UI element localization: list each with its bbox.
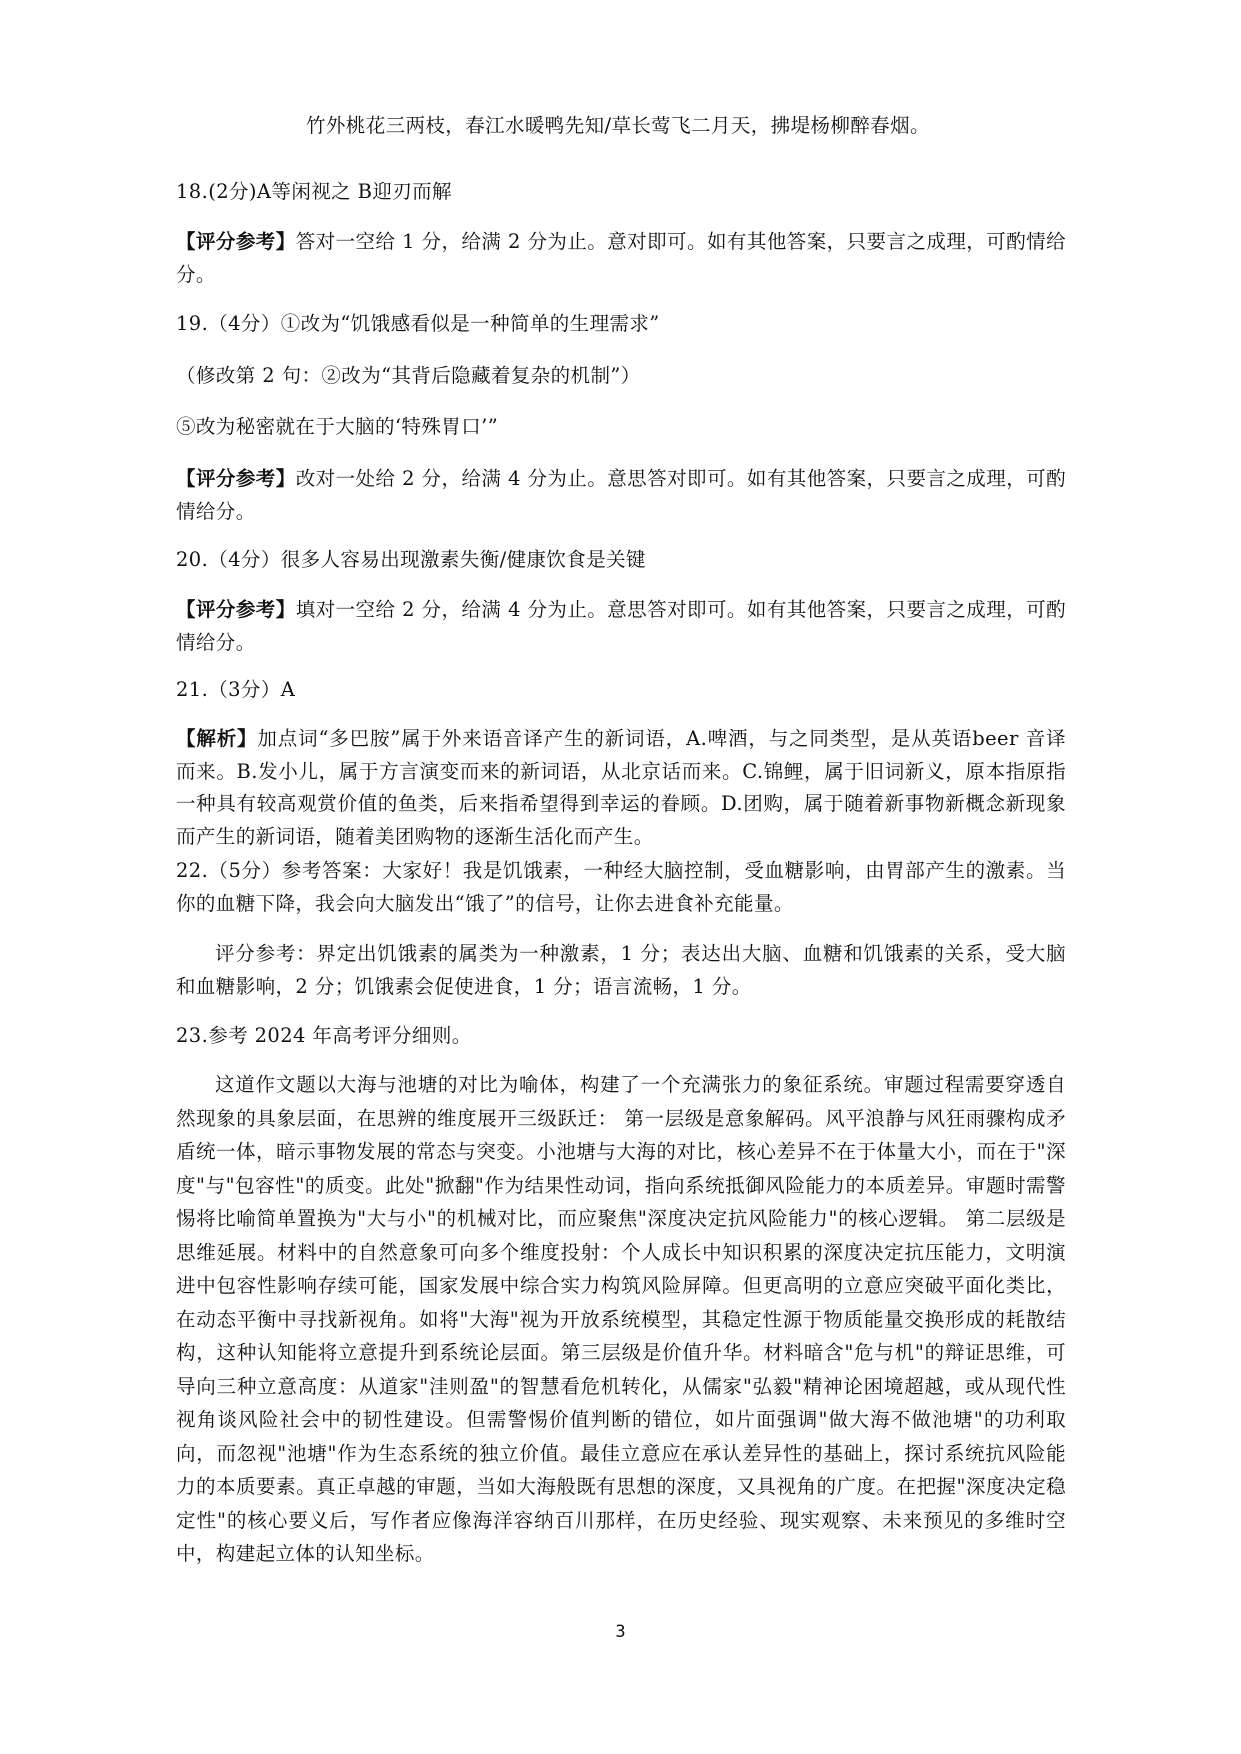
analysis-text: 加点词“多巴胺”属于外来语音译产生的新词语，A.啤酒，与之同类型，是从英语bee…: [176, 727, 1066, 848]
q19-answer-line-3: ⑤改为秘密就在于大脑的‘特殊胃口’”: [176, 413, 498, 441]
q22-scoring: 评分参考：界定出饥饿素的属类为一种激素，1 分；表达出大脑、血糖和饥饿素的关系，…: [176, 938, 1066, 1003]
q23-essay-analysis: 这道作文题以大海与池塘的对比为喻体，构建了一个充满张力的象征系统。审题过程需要穿…: [176, 1068, 1066, 1571]
q22-answer: 22.（5分）参考答案：大家好！我是饥饿素，一种经大脑控制，受血糖影响，由胃部产…: [176, 855, 1066, 920]
q20-answer: 20.（4分）很多人容易出现激素失衡/健康饮食是关键: [176, 546, 646, 574]
q19-answer-line-2: （修改第 2 句：②改为“其背后隐藏着复杂的机制”）: [176, 362, 641, 390]
scoring-label: 【评分参考】: [176, 598, 296, 621]
scoring-label: 【评分参考】: [176, 230, 296, 253]
scoring-text: 改对一处给 2 分，给满 4 分为止。意思答对即可。如有其他答案，只要言之成理，…: [176, 467, 1066, 523]
scoring-text: 答对一空给 1 分，给满 2 分为止。意对即可。如有其他答案，只要言之成理，可酌…: [176, 230, 1066, 286]
q19-scoring: 【评分参考】改对一处给 2 分，给满 4 分为止。意思答对即可。如有其他答案，只…: [176, 463, 1066, 528]
poem-answer-line: 竹外桃花三两枝，春江水暖鸭先知/草长莺飞二月天，拂堤杨柳醉春烟。: [306, 112, 930, 140]
q19-answer-line-1: 19.（4分）①改为“饥饿感看似是一种简单的生理需求”: [176, 310, 660, 338]
q21-analysis: 【解析】加点词“多巴胺”属于外来语音译产生的新词语，A.啤酒，与之同类型，是从英…: [176, 723, 1066, 853]
q23-heading: 23.参考 2024 年高考评分细则。: [176, 1022, 472, 1050]
scoring-text: 填对一空给 2 分，给满 4 分为止。意思答对即可。如有其他答案，只要言之成理，…: [176, 598, 1066, 654]
q18-scoring: 【评分参考】答对一空给 1 分，给满 2 分为止。意对即可。如有其他答案，只要言…: [176, 226, 1066, 291]
scoring-label: 【评分参考】: [176, 467, 296, 490]
analysis-label: 【解析】: [176, 727, 257, 750]
q20-scoring: 【评分参考】填对一空给 2 分，给满 4 分为止。意思答对即可。如有其他答案，只…: [176, 594, 1066, 659]
page-number: 3: [0, 1622, 1241, 1642]
q18-answer: 18.(2分)A等闲视之 B迎刃而解: [176, 178, 452, 206]
q21-answer: 21.（3分）A: [176, 676, 295, 704]
